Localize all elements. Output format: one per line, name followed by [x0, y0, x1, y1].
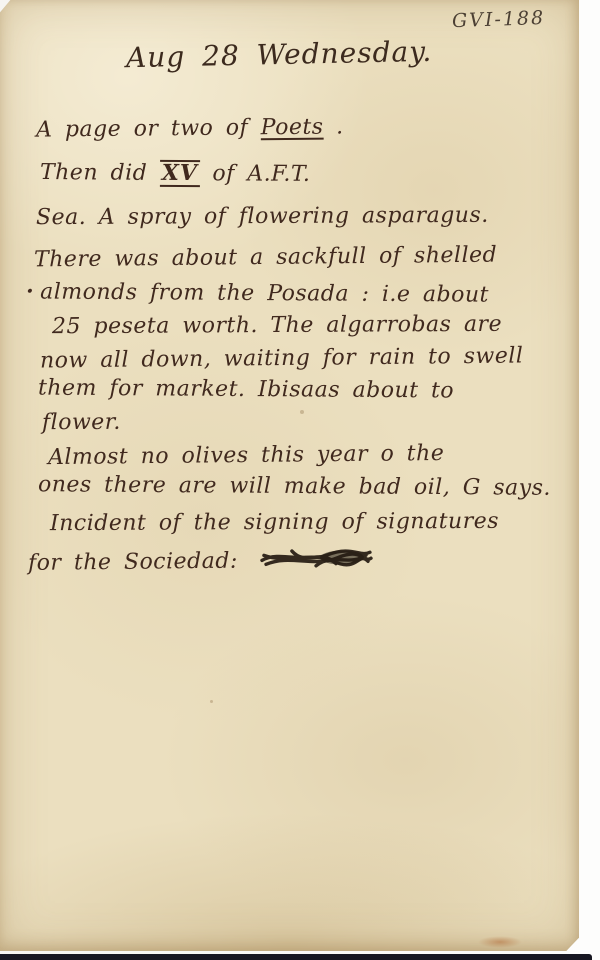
paper-speck	[430, 250, 433, 253]
line-text: .	[323, 114, 343, 139]
ink-scribble-crossout	[258, 542, 376, 577]
line-text: for the Sociedad:	[28, 548, 251, 575]
scan-edge-strip	[0, 954, 592, 960]
entry-line: now all down, waiting for rain to swell	[40, 343, 524, 373]
entry-line: Almost no olives this year o the	[48, 441, 445, 470]
line-text: A page or two of	[36, 115, 261, 142]
entry-line: There was about a sackfull of shelled	[34, 243, 497, 273]
paper-speck	[300, 410, 304, 414]
line-text: Then did	[40, 160, 160, 186]
entry-line: for the Sociedad:	[28, 542, 377, 580]
line-text: almonds from the Posada : i.e about	[40, 279, 489, 307]
entry-line: A page or two of Poets .	[36, 114, 344, 142]
paper-stain	[478, 936, 522, 948]
paper-speck	[210, 700, 213, 703]
date-heading: Aug 28 Wednesday.	[126, 35, 433, 74]
entry-line: them for market. Ibisaas about to	[38, 376, 454, 404]
underlined-word: Poets	[261, 115, 324, 141]
entry-line: flower.	[42, 410, 121, 435]
archive-mark: GVI-188	[452, 6, 573, 32]
entry-line: Then did XV of A.F.T.	[40, 159, 311, 188]
entry-line: ones there are will make bad oil, G says…	[38, 472, 551, 501]
stray-ink-mark: ·	[26, 278, 34, 304]
roman-numeral: XV	[160, 160, 200, 187]
diary-page: GVI-188 Aug 28 Wednesday. A page or two …	[0, 0, 579, 951]
entry-line: ·almonds from the Posada : i.e about	[26, 278, 489, 307]
entry-line: 25 peseta worth. The algarrobas are	[52, 312, 502, 339]
line-text: of A.F.T.	[200, 161, 311, 187]
entry-line: Incident of the signing of signatures	[50, 509, 499, 536]
entry-line: Sea. A spray of flowering asparagus.	[36, 203, 489, 230]
